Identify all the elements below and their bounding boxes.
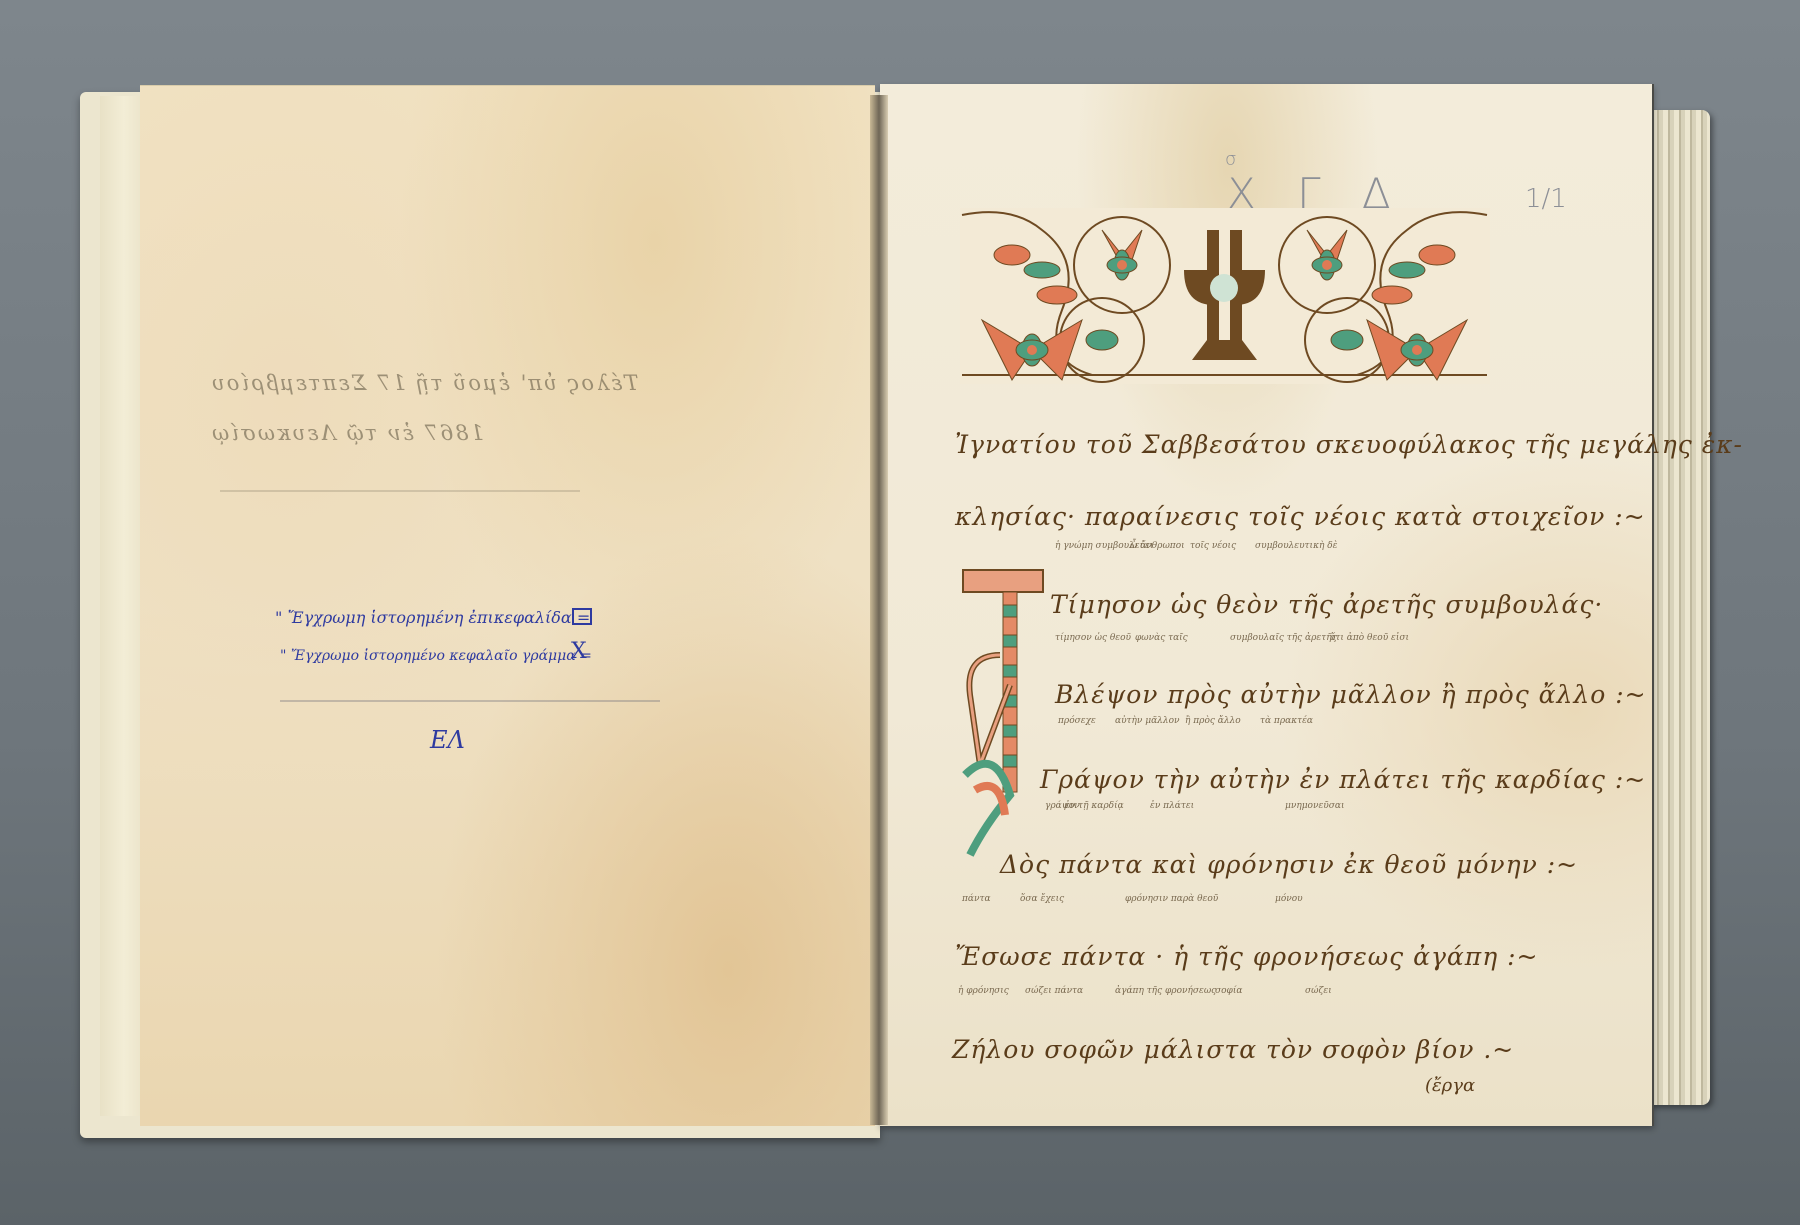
interlinear-gloss: ἐν πλάτει (1150, 800, 1194, 813)
annotation-underline (280, 700, 660, 702)
right-page-edges (1648, 110, 1710, 1105)
blue-initials-signature: ΕΛ (430, 726, 465, 754)
bleed-through-line: Τέλος ὑπ' ἐμοῦ τῇ 17 Σεπτεμβρίου (210, 371, 639, 395)
bleed-through-line: 1867 ἐν τῷ Λευκωσίῳ (210, 421, 484, 445)
interlinear-gloss: συμβουλαῖς τῆς ἀρετῆς (1230, 632, 1337, 645)
illuminated-headpiece (952, 200, 1497, 390)
manuscript-line-6: Δὸς πάντα καὶ φρόνησιν ἐκ θεοῦ μόνην :~ (1000, 850, 1578, 879)
interlinear-gloss: ἀγάπη τῆς φρονήσεως (1115, 985, 1216, 998)
interlinear-gloss: ἢ πρὸς ἄλλο (1185, 715, 1241, 728)
interlinear-gloss: φρόνησιν παρὰ θεοῦ (1125, 893, 1218, 906)
interlinear-gloss: ὅσα ἔχεις (1020, 893, 1064, 906)
manuscript-line-8: Ζήλου σοφῶν μάλιστα τὸν σοφὸν βίον .~ (952, 1035, 1514, 1064)
manuscript-line-1: Ἰγνατίου τοῦ Σαββεσάτου σκευοφύλακος τῆς… (955, 430, 1743, 459)
blue-annotation-initial: " Ἔγχρωμο ἱστορημένο κεφαλαῖο γράμμα = (280, 648, 592, 664)
interlinear-gloss: αὐτὴν μᾶλλον (1115, 715, 1179, 728)
interlinear-gloss: ἐν τῇ καρδίᾳ (1065, 800, 1124, 813)
shelfmark-superscript: σ (1225, 149, 1236, 170)
interlinear-gloss: συμβουλευτικὴ δὲ (1255, 540, 1337, 553)
interlinear-gloss: τοῖς νέοις (1190, 540, 1236, 553)
illuminated-initial-letter (955, 565, 1050, 865)
interlinear-gloss: τὰ πρακτέα (1260, 715, 1313, 728)
manuscript-line-5: Γράψον τὴν αὐτὴν ἐν πλάτει τῆς καρδίας :… (1040, 765, 1646, 794)
interlinear-gloss: σοφία (1215, 985, 1242, 998)
interlinear-gloss: μνημονεῦσαι (1285, 800, 1345, 813)
folio-number: 1/1 (1525, 184, 1567, 214)
interlinear-gloss: πρόσεχε (1058, 715, 1096, 728)
interlinear-gloss: πάντα (962, 893, 991, 906)
manuscript-line-2: κλησίας· παραίνεσις τοῖς νέοις κατὰ στοι… (955, 502, 1646, 531)
interlinear-gloss: τίμησον ὡς θεοῦ (1055, 632, 1131, 645)
interlinear-gloss: σώζει πάντα (1025, 985, 1083, 998)
interlinear-gloss: μόνου (1275, 893, 1303, 906)
square-symbol-icon (572, 608, 592, 625)
x-symbol-icon: X (571, 639, 587, 664)
bleed-underline (220, 490, 580, 492)
catchword: (ἔργα (1425, 1075, 1475, 1096)
blue-annotation-headpiece: " Ἔγχρωμη ἱστορημένη ἐπικεφαλίδα = (275, 608, 590, 627)
manuscript-line-4: Βλέψον πρὸς αὐτὴν μᾶλλον ἢ πρὸς ἄλλο :~ (1055, 680, 1647, 709)
interlinear-gloss: ὦ ἄνθρωποι (1130, 540, 1185, 553)
book-gutter (870, 95, 888, 1125)
interlinear-gloss: σώζει (1305, 985, 1332, 998)
left-page: Τέλος ὑπ' ἐμοῦ τῇ 17 Σεπτεμβρίου 1867 ἐν… (140, 85, 875, 1126)
manuscript-line-7: Ἔσωσε πάντα · ἡ τῆς φρονήσεως ἀγάπη :~ (955, 942, 1539, 971)
interlinear-gloss: φωνὰς ταῖς (1135, 632, 1188, 645)
interlinear-gloss: ἡ φρόνησις (958, 985, 1009, 998)
manuscript-line-3: Τίμησον ὡς θεὸν τῆς ἀρετῆς συμβουλάς· (1050, 590, 1603, 619)
interlinear-gloss: ὅτι ἀπὸ θεοῦ εἰσι (1330, 632, 1409, 645)
